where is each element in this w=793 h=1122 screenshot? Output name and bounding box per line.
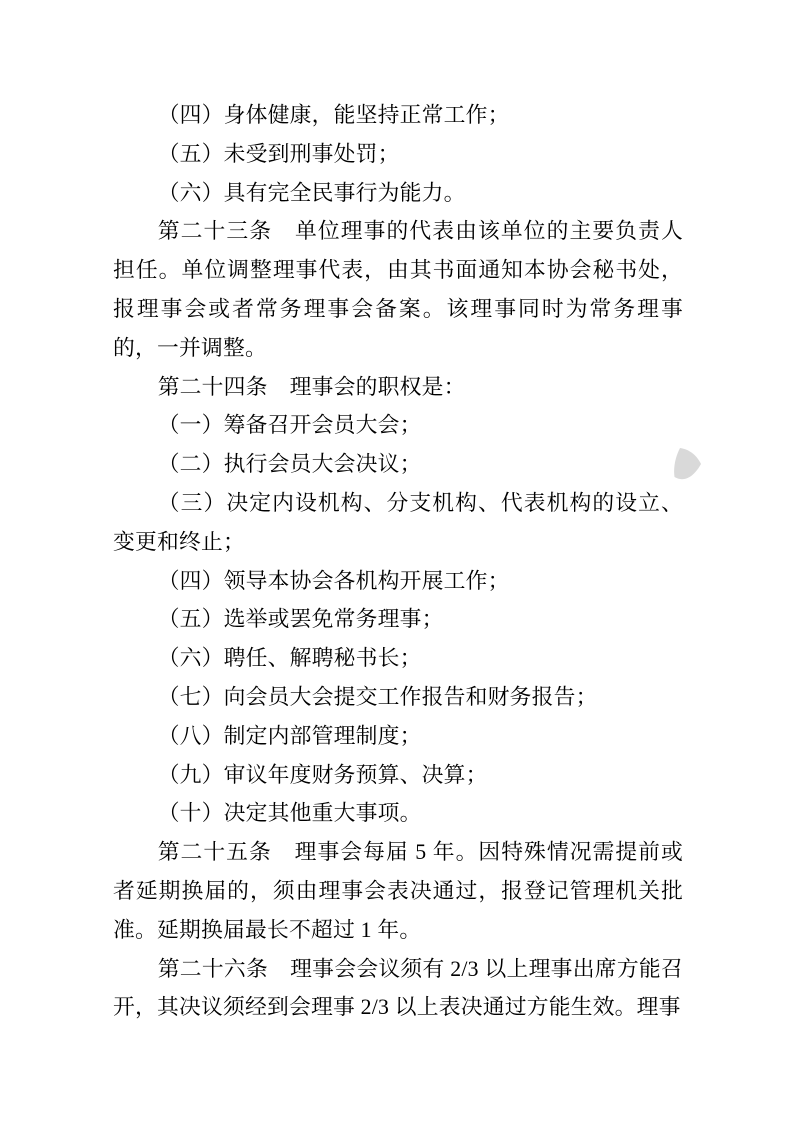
paragraph-11: （六）聘任、解聘秘书长；: [113, 639, 683, 678]
paragraph-8: （三）决定内设机构、分支机构、代表机构的设立、变更和终止；: [113, 484, 683, 562]
paragraph-1: （四）身体健康，能坚持正常工作；: [113, 96, 683, 135]
paragraph-9: （四）领导本协会各机构开展工作；: [113, 562, 683, 601]
paragraph-2: （五）未受到刑事处罚；: [113, 135, 683, 174]
document-page: （四）身体健康，能坚持正常工作； （五）未受到刑事处罚； （六）具有完全民事行为…: [0, 0, 793, 1122]
paragraph-4: 第二十三条 单位理事的代表由该单位的主要负责人担任。单位调整理事代表，由其书面通…: [113, 212, 683, 367]
paragraph-17: 第二十六条 理事会会议须有 2/3 以上理事出席方能召开，其决议须经到会理事 2…: [113, 950, 683, 1028]
paragraph-15: （十）决定其他重大事项。: [113, 794, 683, 833]
paragraph-10: （五）选举或罢免常务理事；: [113, 600, 683, 639]
paragraph-16: 第二十五条 理事会每届 5 年。因特殊情况需提前或者延期换届的，须由理事会表决通…: [113, 833, 683, 949]
paragraph-13: （八）制定内部管理制度；: [113, 717, 683, 756]
paragraph-12: （七）向会员大会提交工作报告和财务报告；: [113, 678, 683, 717]
paragraph-6: （一）筹备召开会员大会；: [113, 406, 683, 445]
paragraph-7: （二）执行会员大会决议；: [113, 445, 683, 484]
paragraph-5: 第二十四条 理事会的职权是：: [113, 368, 683, 407]
paragraph-14: （九）审议年度财务预算、决算；: [113, 756, 683, 795]
paragraph-3: （六）具有完全民事行为能力。: [113, 174, 683, 213]
document-body-text: （四）身体健康，能坚持正常工作； （五）未受到刑事处罚； （六）具有完全民事行为…: [113, 96, 683, 1027]
